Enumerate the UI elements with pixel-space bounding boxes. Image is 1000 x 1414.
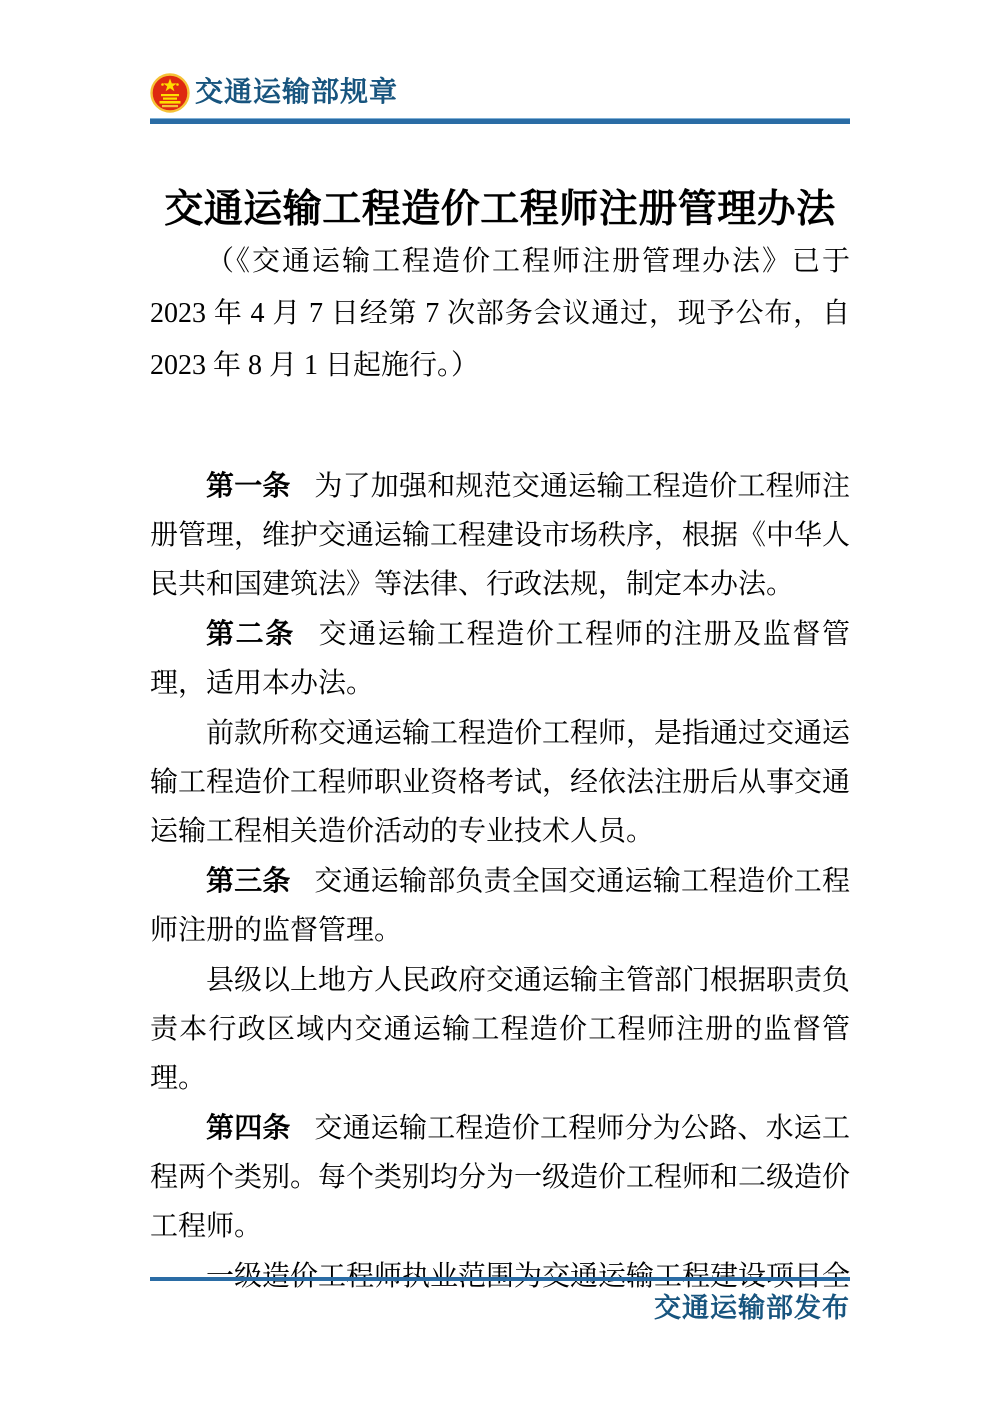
footer-divider: [150, 1277, 850, 1281]
article-text: 县级以上地方人民政府交通运输主管部门根据职责负责本行政区域内交通运输工程造价工程…: [150, 965, 850, 1094]
article-paragraph: 前款所称交通运输工程造价工程师，是指通过交通运输工程造价工程师职业资格考试，经依…: [150, 708, 850, 856]
document-title: 交通运输工程造价工程师注册管理办法: [150, 186, 850, 234]
article-paragraph: 第二条交通运输工程造价工程师的注册及监督管理，适用本办法。: [150, 609, 850, 708]
header-bar: 交通运输部规章: [150, 72, 850, 114]
article-number-label: 第一条: [206, 470, 291, 501]
article-number-label: 第四条: [206, 1112, 291, 1143]
article-number-label: 第三条: [206, 865, 291, 896]
header-agency-label: 交通运输部规章: [195, 72, 398, 114]
preamble-paragraph: （《交通运输工程造价工程师注册管理办法》已于 2023 年 4 月 7 日经第 …: [150, 236, 850, 392]
document-body: 第一条为了加强和规范交通运输工程造价工程师注册管理，维护交通运输工程建设市场秩序…: [150, 461, 850, 1301]
footer-publisher-label: 交通运输部发布: [654, 1286, 850, 1325]
article-paragraph: 第一条为了加强和规范交通运输工程造价工程师注册管理，维护交通运输工程建设市场秩序…: [150, 461, 850, 609]
article-paragraph: 县级以上地方人民政府交通运输主管部门根据职责负责本行政区域内交通运输工程造价工程…: [150, 955, 850, 1103]
article-text: 前款所称交通运输工程造价工程师，是指通过交通运输工程造价工程师职业资格考试，经依…: [150, 718, 850, 847]
article-number-label: 第二条: [206, 618, 295, 649]
header-divider: [150, 118, 850, 124]
article-paragraph: 第四条交通运输工程造价工程师分为公路、水运工程两个类别。每个类别均分为一级造价工…: [150, 1103, 850, 1251]
article-paragraph: 第三条交通运输部负责全国交通运输工程造价工程师注册的监督管理。: [150, 856, 850, 955]
document-page: 交通运输部规章 交通运输工程造价工程师注册管理办法 （《交通运输工程造价工程师注…: [0, 0, 1000, 1414]
china-national-emblem-icon: [150, 72, 190, 114]
